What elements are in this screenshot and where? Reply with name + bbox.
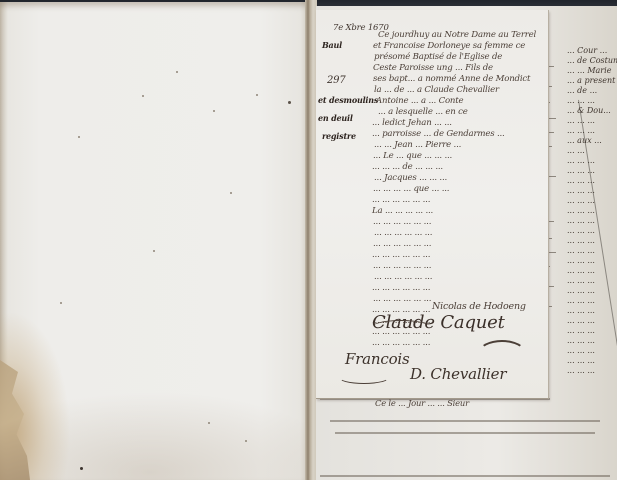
right-column-line: ... de Costume	[567, 56, 617, 65]
margin-note: en deuil	[318, 113, 353, 123]
right-column-line: ... ... ...	[567, 216, 595, 225]
body-line: et Francoise Dorloneye sa femme ce	[373, 41, 525, 52]
right-column-line: ... ... ...	[567, 356, 595, 365]
left-page-blank	[0, 2, 310, 480]
right-column-line: ... ... ...	[567, 326, 595, 335]
signature-paraph	[478, 340, 526, 366]
right-column-line: ... a present ...	[567, 76, 617, 85]
body-line: ... Le ... que ... ... ...	[373, 151, 452, 162]
body-line: ... ... ... ... ... ...	[372, 283, 430, 294]
body-line: Antoine ... a ... Conte	[376, 96, 463, 107]
body-line: ... ... ... ... ... ...	[374, 272, 432, 283]
right-column-line: ... ... ...	[567, 206, 595, 215]
right-column-line: ... ... ...	[567, 246, 595, 255]
right-column-line: ... ... ...	[567, 346, 595, 355]
body-line: ... ... ... ... ... ...	[373, 239, 431, 250]
signature-witness: Nicolas de Hodoeng	[432, 301, 526, 312]
margin-note: 297	[327, 75, 346, 86]
right-column-line: ... ... ...	[567, 306, 595, 315]
body-line: ... ... ... ... que ... ...	[373, 184, 449, 195]
body-line: ... ... Jean ... Pierre ...	[374, 140, 461, 151]
body-line: présomé Baptisé de l'Eglise de	[374, 52, 502, 63]
margin-note: registre	[322, 131, 356, 141]
right-column-line: ... ... ...	[567, 196, 595, 205]
right-column-line: ... ... Marie	[567, 66, 611, 75]
margin-note: et desmoulins	[318, 95, 378, 105]
body-line: ... ... ... ... ... ...	[373, 294, 431, 305]
body-line: ... ... ... ... ... ...	[372, 338, 430, 349]
right-column-line: ... ... ...	[567, 296, 595, 305]
body-line: ... ... ... ... ... ...	[372, 250, 430, 261]
body-line: Ce jourdhuy au Notre Dame au Terrel	[378, 30, 536, 41]
body-line: ... parroisse ... de Gendarmes ...	[372, 129, 505, 140]
right-column-line: ... Cour ...	[567, 46, 607, 55]
right-column-line: ... ... ...	[567, 186, 595, 195]
right-column-line: ... de ...	[567, 86, 597, 95]
right-column-line: ... ... ...	[567, 226, 595, 235]
right-column-line: ... ... ...	[567, 366, 595, 375]
right-column-line: ... & Dou...	[567, 106, 611, 115]
right-column-line: ... ...	[567, 146, 585, 155]
signature-flourish	[370, 320, 432, 336]
body-line: ses bapt... a nommé Anne de Mondict	[373, 74, 530, 85]
signature-left: Francois	[345, 350, 410, 368]
body-line: ... ... ... ... ... ...	[373, 217, 431, 228]
body-line: ... ... ... de ... ... ...	[372, 162, 443, 173]
footer-note: Ce le ... Jour ... ... Sieur	[375, 398, 469, 408]
margin-note: Baul	[322, 40, 342, 50]
right-column-line: ... ... ...	[567, 266, 595, 275]
right-column-line: ... ... ...	[567, 336, 595, 345]
right-column-line: ... ... ...	[567, 126, 595, 135]
right-column-line: ... ... ...	[567, 316, 595, 325]
right-column-line: ... ... ...	[567, 256, 595, 265]
signature-middle: D. Chevallier	[410, 365, 506, 383]
body-line: ... a lesquelle ... en ce	[378, 107, 468, 118]
right-column-line: ... ... ...	[567, 286, 595, 295]
document-scan: ... Cour ... ... de Costume ... ... Mari…	[0, 0, 617, 480]
right-column-line: ... ... ...	[567, 276, 595, 285]
right-column-line: ... ... ...	[567, 236, 595, 245]
damaged-corner	[0, 360, 30, 480]
body-line: ... ... ... ... ... ...	[373, 261, 431, 272]
body-line: Ceste Paroisse ung ... Fils de	[373, 63, 493, 74]
body-line: La ... ... ... ... ...	[372, 206, 433, 217]
right-column-line: ... ... ...	[567, 156, 595, 165]
signature-flourish	[338, 370, 390, 384]
body-line: ... ... ... ... ... ...	[374, 228, 432, 239]
body-line: la ... de ... a Claude Chevallier	[374, 85, 499, 96]
body-line: ... Jacques ... ... ...	[374, 173, 447, 184]
body-line: ... ledict Jehan ... ...	[372, 118, 452, 129]
body-line: ... ... ... ... ... ...	[372, 195, 430, 206]
right-column-line: ... ... ...	[567, 96, 595, 105]
